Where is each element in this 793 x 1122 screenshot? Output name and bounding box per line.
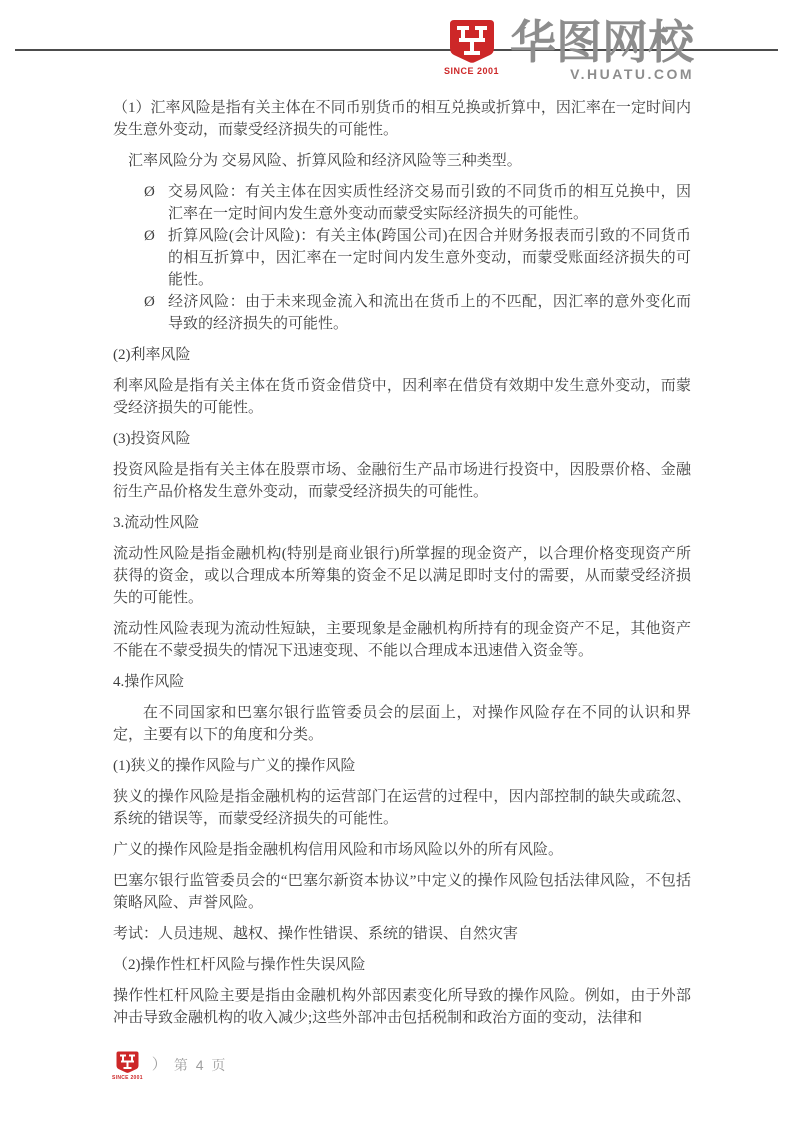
footer-bracket: ） [152, 1053, 167, 1077]
huatu-shield-icon [116, 1051, 139, 1073]
paragraph: （2)操作性杠杆风险与操作性失误风险 [113, 954, 691, 976]
section-heading: (3)投资风险 [113, 428, 691, 450]
paragraph: 汇率风险分为 交易风险、折算风险和经济风险等三种类型。 [113, 150, 691, 172]
section-heading: (2)利率风险 [113, 344, 691, 366]
logo-since-label: SINCE 2001 [444, 66, 499, 76]
section-heading: 4.操作风险 [113, 671, 691, 693]
paragraph: （1）汇率风险是指有关主体在不同币别货币的相互兑换或折算中，因汇率在一定时间内发… [113, 97, 691, 141]
paragraph: 利率风险是指有关主体在货币资金借贷中，因利率在借贷有效期中发生意外变动，而蒙受经… [113, 375, 691, 419]
paragraph: 投资风险是指有关主体在股票市场、金融衍生产品市场进行投资中，因股票价格、金融衍生… [113, 459, 691, 503]
paragraph: 流动性风险表现为流动性短缺，主要现象是金融机构所持有的现金资产不足，其他资产不能… [113, 618, 691, 662]
paragraph: 操作性杠杆风险主要是指由金融机构外部因素变化所导致的操作风险。例如，由于外部冲击… [113, 985, 691, 1029]
page-footer: SINCE 2001 ） 第 4 页 [112, 1051, 227, 1081]
bullet-item: Ø交易风险：有关主体在因实质性经济交易而引致的不同货币的相互兑换中，因汇率在一定… [113, 181, 691, 225]
paragraph: 巴塞尔银行监管委员会的“巴塞尔新资本协议”中定义的操作风险包括法律风险，不包括策… [113, 870, 691, 914]
paragraph: 广义的操作风险是指金融机构信用风险和市场风险以外的所有风险。 [113, 839, 691, 861]
page-header: SINCE 2001 华图网校 V.HUATU.COM [444, 19, 694, 82]
bullet-marker-icon: Ø [144, 181, 155, 203]
bullet-item: Ø折算风险(会计风险)：有关主体(跨国公司)在因合并财务报表而引致的不同货币的相… [113, 225, 691, 291]
footer-huatu-logo: SINCE 2001 [112, 1051, 143, 1081]
brand-name: 华图网校 [510, 19, 694, 65]
bullet-marker-icon: Ø [144, 225, 155, 247]
bullet-item: Ø经济风险：由于未来现金流入和流出在货币上的不匹配，因汇率的意外变化而导致的经济… [113, 291, 691, 335]
bullet-text: 交易风险：有关主体在因实质性经济交易而引致的不同货币的相互兑换中，因汇率在一定时… [168, 184, 691, 222]
huatu-logo: SINCE 2001 [444, 19, 499, 76]
section-heading: (1)狭义的操作风险与广义的操作风险 [113, 755, 691, 777]
page-number: 第 4 页 [174, 1053, 228, 1077]
section-heading: 3.流动性风险 [113, 512, 691, 534]
paragraph: 考试：人员违规、越权、操作性错误、系统的错误、自然灾害 [113, 923, 691, 945]
brand-text: 华图网校 V.HUATU.COM [510, 19, 694, 82]
paragraph: 流动性风险是指金融机构(特别是商业银行)所掌握的现金资产，以合理价格变现资产所获… [113, 543, 691, 609]
bullet-text: 折算风险(会计风险)：有关主体(跨国公司)在因合并财务报表而引致的不同货币的相互… [168, 228, 691, 288]
huatu-shield-icon [449, 19, 495, 63]
footer-since-label: SINCE 2001 [112, 1075, 143, 1081]
brand-site-url: V.HUATU.COM [510, 66, 694, 82]
paragraph: 狭义的操作风险是指金融机构的运营部门在运营的过程中，因内部控制的缺失或疏忽、系统… [113, 786, 691, 830]
document-body: （1）汇率风险是指有关主体在不同币别货币的相互兑换或折算中，因汇率在一定时间内发… [113, 97, 691, 1038]
paragraph: 在不同国家和巴塞尔银行监管委员会的层面上，对操作风险存在不同的认识和界定，主要有… [113, 702, 691, 746]
bullet-text: 经济风险：由于未来现金流入和流出在货币上的不匹配，因汇率的意外变化而导致的经济损… [168, 294, 691, 332]
document-page: SINCE 2001 华图网校 V.HUATU.COM （1）汇率风险是指有关主… [0, 0, 793, 1122]
bullet-marker-icon: Ø [144, 291, 155, 313]
